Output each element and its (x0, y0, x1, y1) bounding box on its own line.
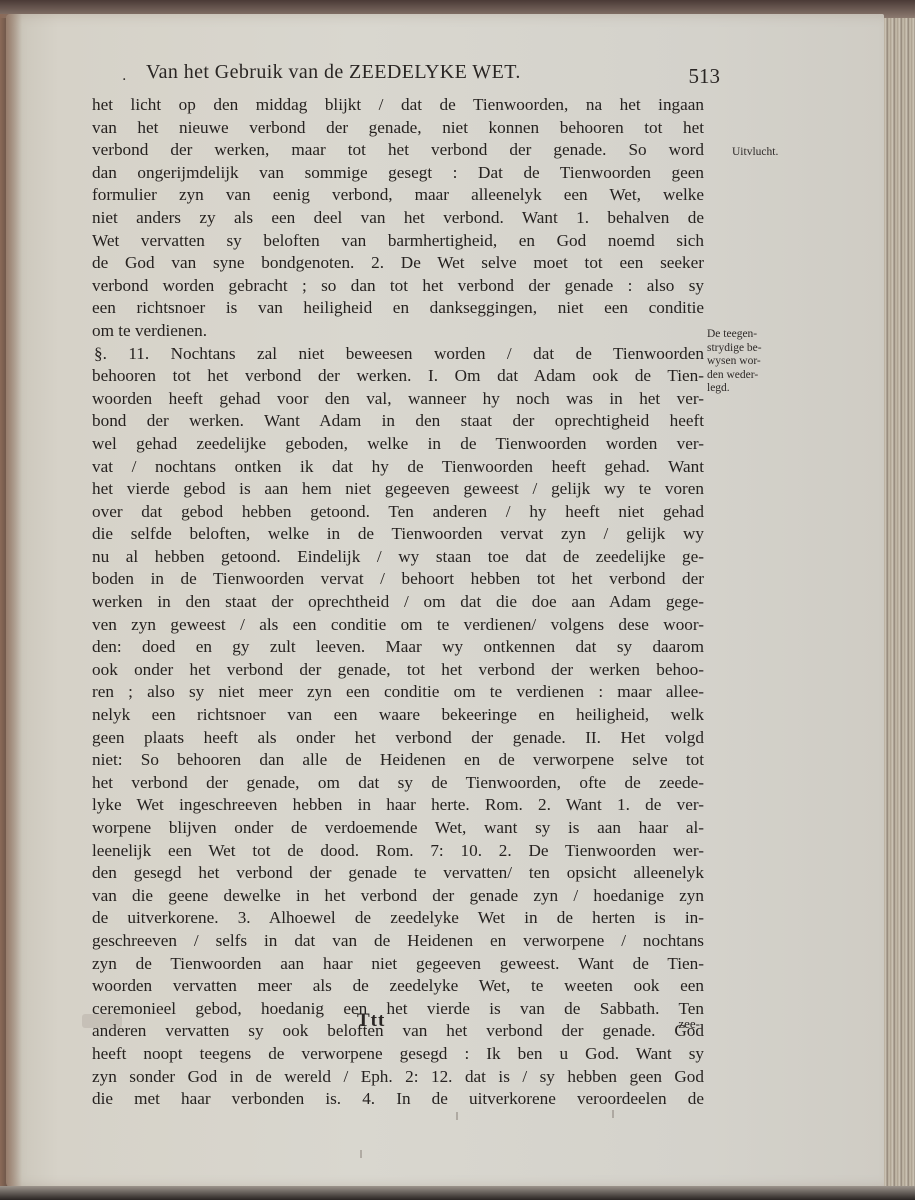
text-line: formulier zyn van eenig verbond, maar al… (92, 184, 704, 207)
text-line: ren ; also sy niet meer zyn een conditie… (92, 681, 704, 704)
text-line: verbond worden gebracht ; so dan tot het… (92, 275, 704, 298)
page-number: 513 (689, 64, 721, 89)
page-footer: Ttt zee- (92, 1010, 704, 1034)
text-line: geschreeven / selfs in dat van de Heiden… (92, 930, 704, 953)
text-line: over dat gebod hebben getoond. Ten ander… (92, 501, 704, 524)
paper-speck (360, 1150, 362, 1158)
text-line: leenelijk een Wet tot de dood. Rom. 7: 1… (92, 840, 704, 863)
text-line: van die geene dewelke in het verbond der… (92, 885, 704, 908)
text-line: die met haar verbonden is. 4. In de uitv… (92, 1088, 704, 1111)
text-line: den gesegd het verbond der genade te ver… (92, 862, 704, 885)
text-line: geen plaats heeft als onder het verbond … (92, 727, 704, 750)
text-line: lyke Wet ingeschreeven hebben in haar he… (92, 794, 704, 817)
text-line: niet: So behooren dan alle de Heidenen e… (92, 749, 704, 772)
text-line: werken in den staat der oprechtheid / om… (92, 591, 704, 614)
text-line: worpene blijven onder de verdoemende Wet… (92, 817, 704, 840)
text-line: wel gehad zeedelijke geboden, welke in d… (92, 433, 704, 456)
page-stack-edge (884, 18, 915, 1188)
text-line: om te verdienen. (92, 320, 704, 343)
text-line: de God van syne bondgenoten. 2. De Wet s… (92, 252, 704, 275)
text-line: nelyk een richtsnoer van een waare bekee… (92, 704, 704, 727)
body-text: het licht op den middag blijkt / dat de … (92, 94, 704, 1111)
text-line: verbond der werken, maar tot het verbond… (92, 139, 704, 162)
text-line: dan ongerijmdelijk van sommige gesegt : … (92, 162, 704, 185)
text-line: die selfde beloften, welke in de Tienwoo… (92, 523, 704, 546)
running-head: . Van het Gebruik van de ZEEDELYKE WET. … (110, 58, 710, 88)
catchword: zee- (678, 1016, 700, 1032)
margin-note-line: den weder- (707, 369, 797, 383)
margin-note-line: De teegen- (707, 328, 797, 342)
text-line: ook onder het verbond der genade, tot he… (92, 659, 704, 682)
text-line: van het nieuwe verbond der genade, niet … (92, 117, 704, 140)
margin-note-line: strydige be- (707, 342, 797, 356)
running-head-mark: . (122, 68, 126, 84)
running-head-title: Van het Gebruik van de ZEEDELYKE WET. (146, 61, 521, 84)
text-line: woorden vervatten meer als de zeedelyke … (92, 975, 704, 998)
text-line: behooren tot het verbond der werken. I. … (92, 365, 704, 388)
text-line: ven zyn geweest / als een conditie om te… (92, 614, 704, 637)
text-line: een richtsnoer is van heiligheid en dank… (92, 297, 704, 320)
text-line: het verbond der genade, om dat sy de Tie… (92, 772, 704, 795)
text-line: de uitverkorene. 3. Alhoewel de zeedelyk… (92, 907, 704, 930)
text-line: zyn sonder God in de wereld / Eph. 2: 12… (92, 1066, 704, 1089)
text-line: Wet vervatten sy beloften van barmhertig… (92, 230, 704, 253)
margin-note-line: wysen wor- (707, 355, 797, 369)
text-line: bond der werken. Want Adam in den staat … (92, 410, 704, 433)
text-line: boden in de Tienwoorden vervat / behoort… (92, 568, 704, 591)
margin-note-uitvlucht: Uitvlucht. (732, 146, 778, 160)
text-line: woorden heeft gehad voor den val, wannee… (92, 388, 704, 411)
scanned-book-page: . Van het Gebruik van de ZEEDELYKE WET. … (0, 0, 915, 1200)
text-line: het licht op den middag blijkt / dat de … (92, 94, 704, 117)
margin-note-tegenstrydige: De teegen- strydige be- wysen wor- den w… (707, 328, 797, 396)
book-bottom-edge (0, 1186, 915, 1200)
text-line: het vierde gebod is aan hem niet gegeeve… (92, 478, 704, 501)
margin-note-line: legd. (707, 382, 797, 396)
signature-mark: Ttt (357, 1010, 385, 1032)
text-line: niet anders zy als een deel van het verb… (92, 207, 704, 230)
text-line: den: doed en gy zult leeven. Maar wy ont… (92, 636, 704, 659)
spine-shadow (0, 14, 22, 1190)
text-line: heeft noopt teegens de verworpene gesegd… (92, 1043, 704, 1066)
text-line: nu al hebben getoond. Eindelijk / wy sta… (92, 546, 704, 569)
paper-speck (612, 1110, 614, 1118)
text-line: vat / nochtans ontken ik dat hy de Tienw… (92, 456, 704, 479)
paragraph-start-line: §. 11. Nochtans zal niet beweesen worden… (92, 343, 704, 366)
paper-speck (456, 1112, 458, 1120)
text-line: zyn de Tienwoorden aan haar niet gegeeve… (92, 953, 704, 976)
